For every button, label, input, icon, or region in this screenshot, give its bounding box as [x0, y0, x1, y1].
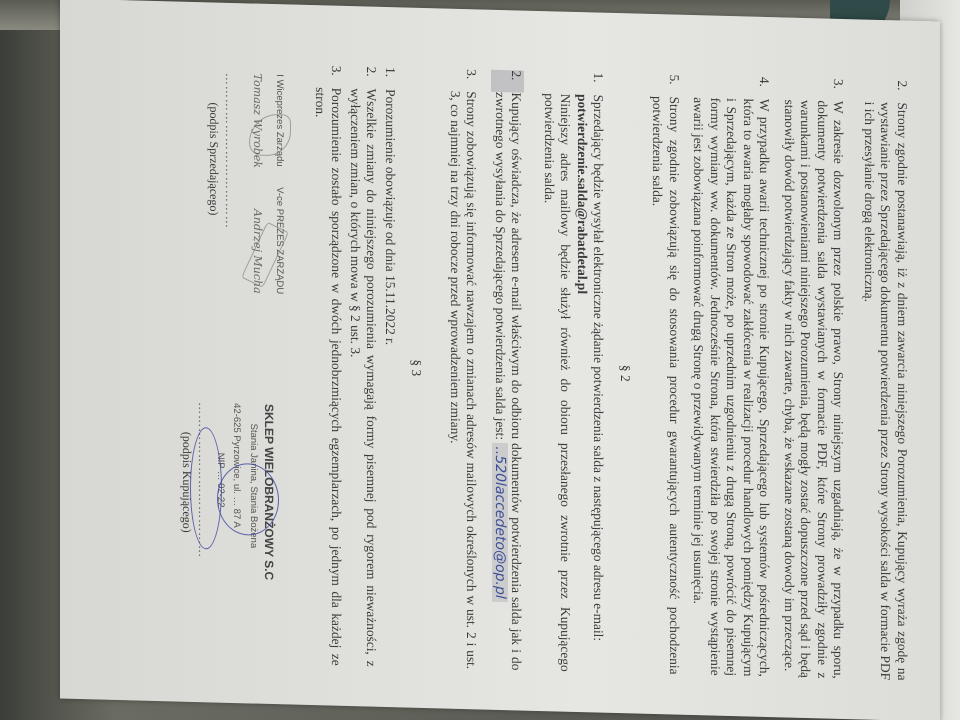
section1-item-5: 5. Strony zgodnie zobowiązują się do sto…	[649, 74, 682, 675]
item-text: Porozumienie zostało sporządzone w dwóch…	[312, 87, 345, 666]
item-number: 2.	[347, 66, 380, 89]
buyer-email-handwritten: ..520laccedeto@op.pl	[492, 443, 508, 602]
document-content: 2. Strony zgodnie postanawiają, iż z dni…	[118, 60, 911, 681]
section2-item-1: 1. Sprzedający będzie wysyłał elektronic…	[541, 71, 607, 673]
item-number: 3.	[447, 69, 480, 92]
signature-area: I Wiceprezes Zarządu V-ce PREZES ZARZĄDU…	[118, 60, 288, 664]
section2-item-3: 3. Strony zobowiązują się informować naw…	[447, 69, 480, 670]
item-text: W przypadku awarii technicznej po stroni…	[690, 97, 773, 677]
section1-item-4: 4. W przypadku awarii technicznej po str…	[690, 75, 773, 677]
section2-item-2: 2. Kupujący oświadcza, że adresem e-mail…	[492, 70, 525, 671]
seller-email: potwierdzenie.salda@rabatdetal.pl	[575, 94, 590, 294]
item-text: Porozumienie obowiązuje od dnia 15.11.20…	[382, 89, 399, 667]
item-text: Strony zgodnie postanawiają, iż z dniem …	[861, 101, 911, 680]
section3-item-2: 2. Wszelkie zmiany do niniejszego porozu…	[347, 66, 380, 667]
buyer-signature-block: SKLEP WIELOBRANŻOWY S.C Stania Janina, S…	[179, 402, 278, 655]
item-number: 1.	[382, 67, 399, 89]
section2-title: § 2	[617, 73, 634, 673]
buyer-stamp-line: Stania Janina, Stania Bożena	[245, 423, 262, 653]
item-number: 3.	[312, 65, 345, 88]
section3-title: § 3	[408, 68, 425, 668]
item-number: 2.	[492, 70, 525, 93]
item-text: Strony zgodnie zobowiązują się do stosow…	[649, 96, 682, 675]
item-number: 2.	[861, 79, 911, 102]
section1-item-2: 2. Strony zgodnie postanawiają, iż z dni…	[861, 79, 911, 680]
item-number: 5.	[649, 74, 682, 97]
item-text: Strony zobowiązują się informować nawzaj…	[447, 91, 480, 670]
item-text: W zakresie dozwolonym przez polskie praw…	[781, 99, 847, 679]
item-text-after: Niniejszy adres mailowy będzie służył ró…	[542, 93, 574, 672]
seller-signature-block: I Wiceprezes Zarządu V-ce PREZES ZARZĄDU…	[206, 72, 288, 354]
document-page: 2. Strony zgodnie postanawiają, iż z dni…	[60, 0, 940, 720]
item-number: 4.	[690, 75, 773, 99]
section1-item-3: 3. W zakresie dozwolonym przez polskie p…	[781, 77, 847, 679]
section3-item-1: 1. Porozumienie obowiązuje od dnia 15.11…	[382, 67, 399, 667]
seller-signature-caption: (podpis Sprzedającego)	[206, 102, 223, 352]
section3-item-3: 3. Porozumienie zostało sporządzone w dw…	[312, 65, 345, 666]
item-number: 3.	[781, 77, 847, 101]
item-text: Sprzedający będzie wysyłał elektroniczne…	[592, 94, 607, 641]
item-text: Wszelkie zmiany do niniejszego porozumie…	[347, 88, 380, 667]
item-number: 1.	[541, 71, 607, 95]
seller-signature-line: ………………………………	[222, 73, 239, 353]
